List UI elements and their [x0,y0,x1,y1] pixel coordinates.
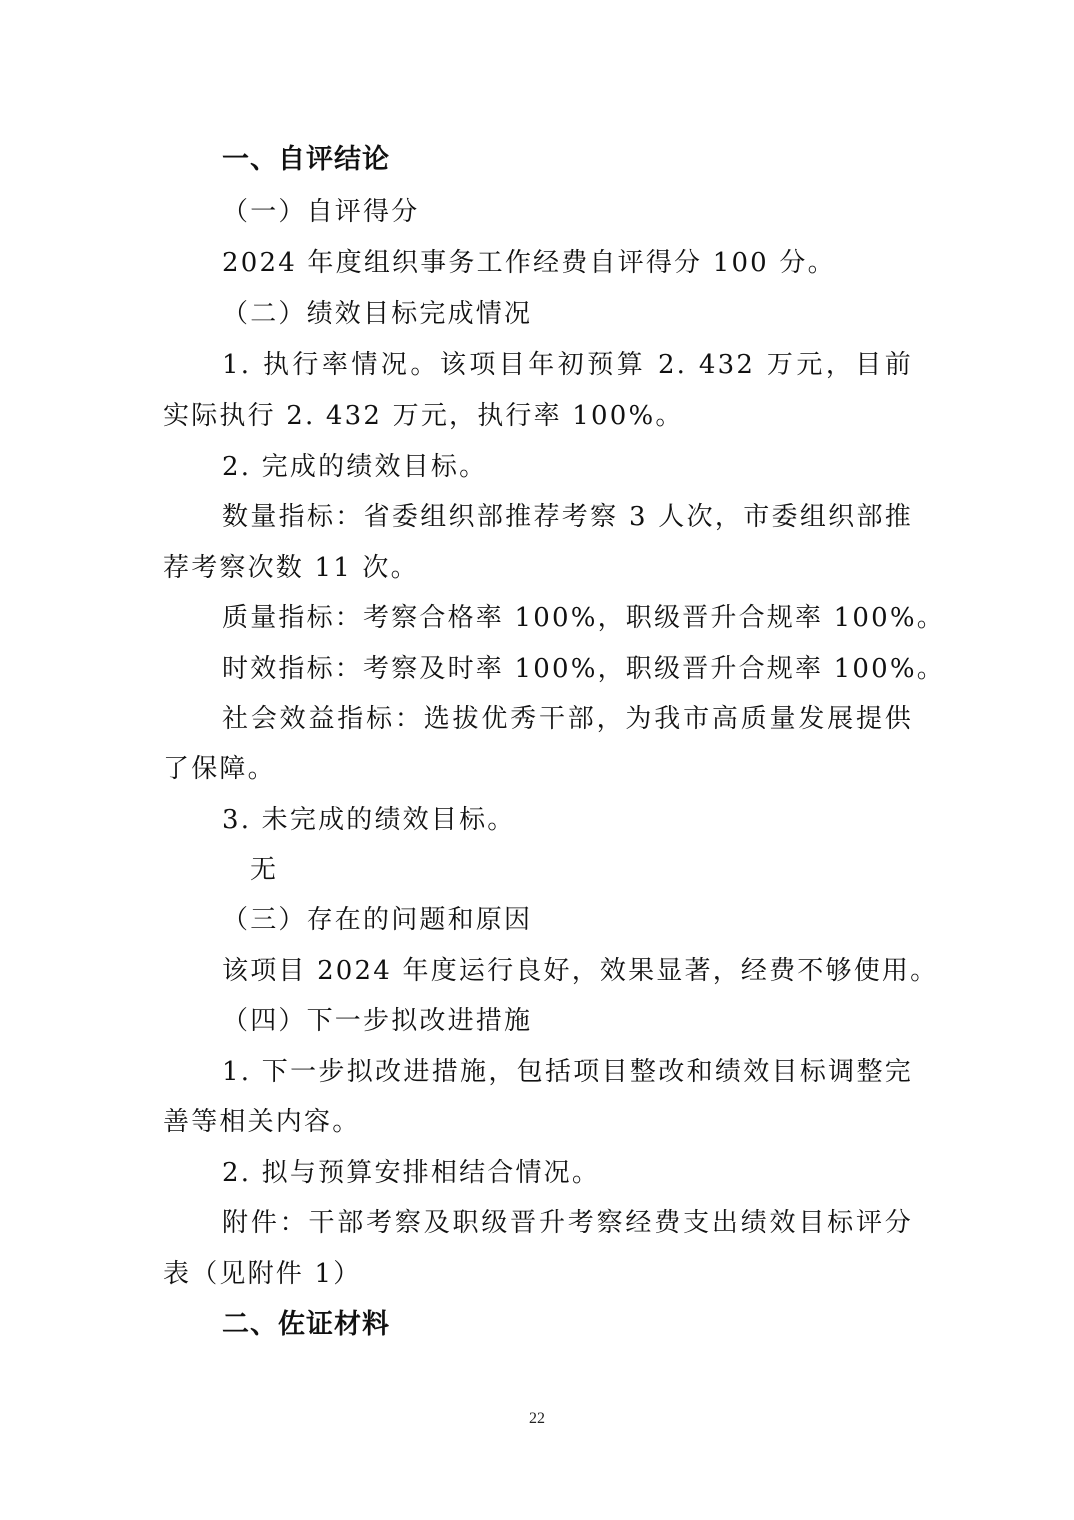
paragraph-quality-indicator: 质量指标：考察合格率 100%，职级晋升合规率 100%。 [222,601,913,635]
page-number: 22 [0,1410,1074,1428]
paragraph-attachment-line2: 表（见附件 1） [163,1257,913,1291]
paragraph-attachment-line1: 附件：干部考察及职级晋升考察经费支出绩效目标评分 [222,1206,913,1240]
section-heading-supporting-materials: 二、佐证材料 [222,1308,913,1342]
paragraph-completed-goals: 2. 完成的绩效目标。 [222,450,913,484]
paragraph-quantity-indicator-line2: 荐考察次数 11 次。 [163,551,913,585]
subheading-problems-and-reasons: （三）存在的问题和原因 [222,903,913,937]
paragraph-execution-rate-line2: 实际执行 2. 432 万元，执行率 100%。 [163,399,913,433]
paragraph-problems: 该项目 2024 年度运行良好，效果显著，经费不够使用。 [222,954,913,988]
paragraph-budget-integration: 2. 拟与预算安排相结合情况。 [222,1156,913,1190]
paragraph-timeliness-indicator: 时效指标：考察及时率 100%，职级晋升合规率 100%。 [222,652,913,686]
paragraph-social-benefit-line1: 社会效益指标：选拔优秀干部，为我市高质量发展提供 [222,702,913,736]
paragraph-improvement-line2: 善等相关内容。 [163,1105,913,1139]
document-page: 一、自评结论 （一）自评得分 2024 年度组织事务工作经费自评得分 100 分… [0,0,1074,1520]
paragraph-social-benefit-line2: 了保障。 [163,752,913,786]
subheading-next-steps: （四）下一步拟改进措施 [222,1004,913,1038]
subheading-goal-completion: （二）绩效目标完成情况 [222,297,913,331]
subheading-self-evaluation-score: （一）自评得分 [222,195,913,229]
paragraph-execution-rate-line1: 1. 执行率情况。该项目年初预算 2. 432 万元，目前全年 [222,348,913,382]
paragraph-improvement-line1: 1. 下一步拟改进措施，包括项目整改和绩效目标调整完 [222,1055,913,1089]
section-heading-self-evaluation-conclusion: 一、自评结论 [222,143,913,177]
paragraph-score: 2024 年度组织事务工作经费自评得分 100 分。 [222,246,913,280]
paragraph-uncompleted-goals: 3. 未完成的绩效目标。 [222,803,913,837]
paragraph-uncompleted-none: 无 [250,853,1000,887]
paragraph-quantity-indicator-line1: 数量指标：省委组织部推荐考察 3 人次，市委组织部推 [222,500,913,534]
